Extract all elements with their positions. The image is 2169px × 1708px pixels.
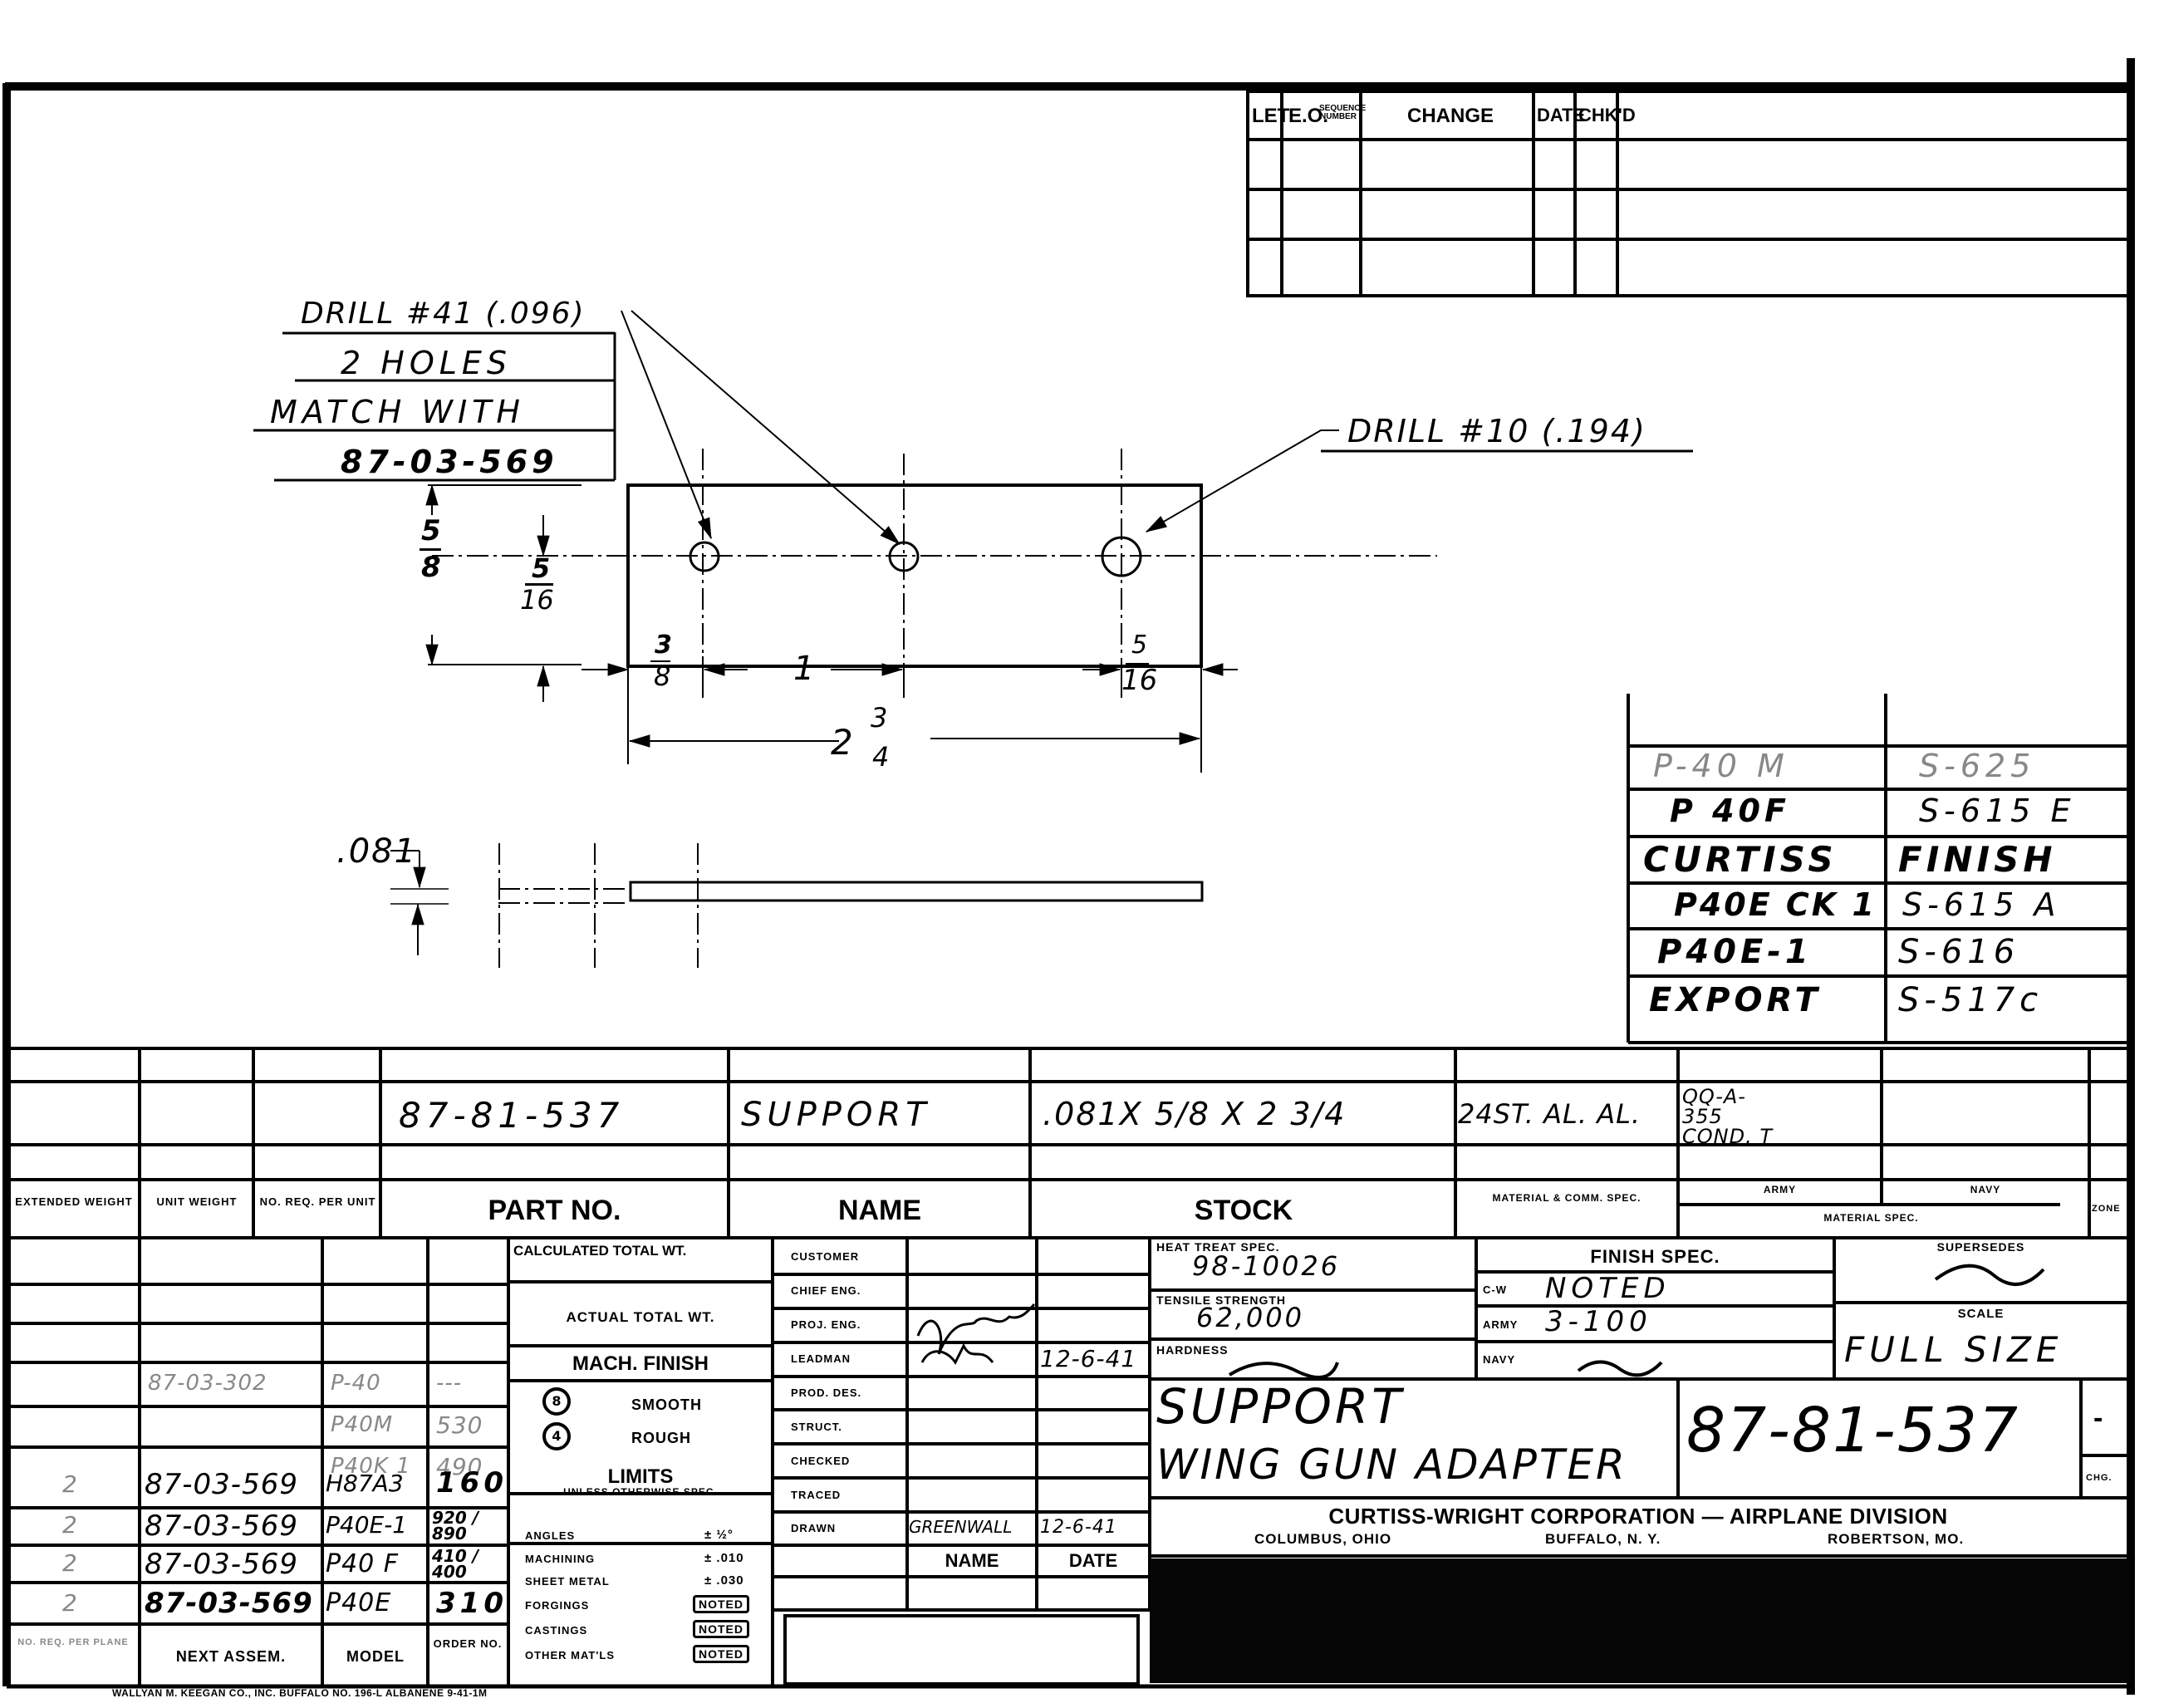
header-part-no: PART NO.: [382, 1196, 727, 1225]
height-dimensions: [428, 485, 582, 702]
plate-edge-view: [390, 843, 1202, 968]
location-robertson: ROBERTSON, MO.: [1828, 1532, 1964, 1546]
na-qty: 2: [62, 1473, 82, 1496]
na-header-order-no: ORDER NO.: [430, 1638, 505, 1649]
na-qty: 2: [62, 1552, 82, 1575]
approvals-date-header: DATE: [1038, 1552, 1148, 1570]
company-name: CURTISS-WRIGHT CORPORATION — AIRPLANE DI…: [1150, 1505, 2127, 1527]
na-assembly: 87-03-569: [145, 1550, 298, 1578]
hardness-label: HARDNESS: [1156, 1344, 1229, 1356]
na-order: 530: [436, 1414, 483, 1437]
limit-label: CASTINGS: [525, 1625, 587, 1636]
note-2-holes: 2 HOLES: [341, 347, 512, 379]
dim-left-den: 8: [654, 663, 675, 690]
header-stock: STOCK: [1033, 1196, 1455, 1225]
dim-height-num: 5: [421, 517, 445, 545]
finish-heading-curtiss: CURTISS: [1643, 842, 1838, 877]
dim-center-num: 5: [532, 555, 554, 582]
drawing-title: SUPPORT: [1156, 1382, 1405, 1431]
limit-value-noted: NOTED: [693, 1645, 749, 1663]
mach-finish-label: MACH. FINISH: [511, 1354, 770, 1374]
navy-label: NAVY: [1483, 1354, 1515, 1365]
limit-label: MACHINING: [525, 1553, 595, 1564]
tensile-strength-value: 62,000: [1196, 1304, 1304, 1331]
drawing-number: 87-81-537: [1686, 1400, 2019, 1461]
army-label: ARMY: [1483, 1319, 1518, 1330]
drawing-subtitle: WING GUN ADAPTER: [1156, 1444, 1627, 1485]
location-buffalo: BUFFALO, N. Y.: [1545, 1532, 1661, 1546]
limit-value: ± ½°: [704, 1529, 734, 1541]
header-navy: NAVY: [1886, 1185, 2085, 1195]
na-header-model: MODEL: [326, 1649, 425, 1664]
dim-hole-spacing: 1: [793, 652, 819, 685]
note-match-with: MATCH WITH: [270, 396, 525, 428]
header-name: NAME: [731, 1196, 1028, 1225]
part-number: 87-81-537: [399, 1098, 624, 1133]
plate-top-view: [432, 449, 1437, 764]
limit-label: ANGLES: [525, 1530, 575, 1541]
chg-label: CHG.: [2086, 1474, 2113, 1483]
approval-role: CHECKED: [791, 1455, 850, 1466]
supersedes-label: SUPERSEDES: [1838, 1241, 2124, 1253]
limit-value-noted: NOTED: [693, 1620, 749, 1638]
finish-model: P40E-1: [1657, 935, 1813, 969]
note-match-part: 87-03-569: [341, 446, 558, 478]
approval-role: PROD. DES.: [791, 1387, 861, 1398]
title-block-shaded-area: [1150, 1558, 2131, 1683]
limits-title: LIMITS: [511, 1467, 770, 1487]
scale-label: SCALE: [1838, 1308, 2124, 1320]
scale-value: FULL SIZE: [1844, 1333, 2063, 1367]
approvals-name-header: NAME: [909, 1552, 1035, 1570]
smooth-symbol-value: 8: [552, 1393, 561, 1409]
approval-role: CHIEF ENG.: [791, 1285, 861, 1296]
rev-header-change: CHANGE: [1367, 106, 1534, 126]
na-qty: 2: [62, 1592, 82, 1615]
dim-left-num: 3: [655, 633, 676, 658]
note-drill-41: DRILL #41 (.096): [301, 299, 586, 329]
header-no-req: NO. REQ. PER UNIT: [258, 1196, 378, 1207]
na-qty: 2: [62, 1514, 82, 1537]
header-material-spec: MATERIAL SPEC.: [1682, 1213, 2060, 1223]
actual-total-weight-label: ACTUAL TOTAL WT.: [511, 1310, 770, 1324]
part-stock: .081X 5/8 X 2 3/4: [1043, 1098, 1346, 1130]
smooth-label: SMOOTH: [631, 1397, 702, 1412]
approval-role: PROJ. ENG.: [791, 1319, 861, 1330]
header-material-comm-spec: MATERIAL & COMM. SPEC.: [1459, 1193, 1675, 1203]
finish-model: P 40F: [1670, 795, 1790, 827]
approval-role: TRACED: [791, 1490, 841, 1500]
dim-length-den: 4: [872, 744, 894, 770]
approval-role: LEADMAN: [791, 1353, 851, 1364]
rev-header-let: LET: [1252, 106, 1289, 126]
approval-date: 12-6-41: [1040, 1347, 1136, 1371]
leader-lines: [621, 311, 1339, 544]
na-assembly: 87-03-569: [145, 1589, 313, 1617]
army-value: 3-100: [1545, 1308, 1652, 1336]
location-columbus: COLUMBUS, OHIO: [1254, 1532, 1391, 1546]
finish-spec: S-615 E: [1919, 795, 2075, 827]
limit-value: ± .030: [704, 1574, 744, 1587]
header-extended-weight: EXTENDED WEIGHT: [12, 1196, 136, 1207]
heat-treat-value: 98-10026: [1192, 1253, 1340, 1279]
dim-right-num: 5: [1131, 633, 1152, 658]
na-assembly: 87-03-569: [145, 1512, 298, 1540]
dim-height-den: 8: [421, 553, 445, 582]
rough-label: ROUGH: [631, 1431, 691, 1445]
na-order: ---: [436, 1372, 462, 1394]
finish-spec: S-615 A: [1902, 889, 2060, 920]
na-assembly: 87-03-302: [148, 1372, 267, 1394]
na-order: 920 / 890: [432, 1510, 507, 1542]
rough-symbol-value: 4: [552, 1428, 561, 1444]
smooth-finish-symbol: 8: [542, 1387, 571, 1416]
approval-role: STRUCT.: [791, 1421, 842, 1432]
part-material: 24ST. AL. AL.: [1458, 1101, 1641, 1127]
approval-name-drawn: GREENWALL: [909, 1519, 1012, 1535]
finish-spec: S-625: [1919, 750, 2035, 782]
finish-heading-finish: FINISH: [1898, 842, 2057, 877]
rev-header-sequence: SEQUENCE NUMBER: [1319, 105, 1357, 121]
na-model: P-40: [331, 1372, 381, 1394]
dim-right-den: 16: [1121, 666, 1157, 694]
limit-label: SHEET METAL: [525, 1576, 610, 1587]
na-order: 310: [436, 1589, 508, 1617]
finish-spec: S-616: [1898, 935, 2019, 969]
calculated-total-weight-label: CALCULATED TOTAL WT.: [513, 1244, 686, 1258]
na-model: H87A3: [326, 1472, 404, 1495]
rough-finish-symbol: 4: [542, 1422, 571, 1450]
limits-subtitle: UNLESS OTHERWISE SPEC.: [511, 1487, 770, 1497]
na-model: P40M: [331, 1414, 393, 1436]
na-header-next-assem: NEXT ASSEM.: [143, 1649, 319, 1664]
rev-header-chkd: CHK'D: [1578, 106, 1636, 125]
finish-spec: S-517c: [1898, 984, 2043, 1017]
na-order: 160: [436, 1469, 508, 1497]
na-assembly: 87-03-569: [145, 1470, 298, 1499]
cw-label: C-W: [1483, 1284, 1507, 1295]
part-name: SUPPORT: [741, 1098, 931, 1131]
limit-label: FORGINGS: [525, 1600, 589, 1611]
note-drill-10: DRILL #10 (.194): [1347, 415, 1646, 447]
finish-model: P40E CK 1: [1674, 889, 1877, 920]
signature-scribble: [918, 1304, 1034, 1362]
header-army: ARMY: [1682, 1185, 1877, 1195]
na-model: P40E-1: [326, 1514, 407, 1537]
header-unit-weight: UNIT WEIGHT: [143, 1196, 251, 1207]
header-zone: ZONE: [2092, 1205, 2121, 1214]
paper-imprint: WALLYAN M. KEEGAN CO., INC. BUFFALO NO. …: [112, 1688, 488, 1698]
finish-model: P-40 M: [1653, 750, 1789, 782]
finish-model: EXPORT: [1649, 984, 1822, 1017]
dim-center-den: 16: [520, 587, 554, 613]
approval-role: DRAWN: [791, 1523, 836, 1534]
dim-thickness: .081: [336, 835, 417, 868]
approval-role: CUSTOMER: [791, 1251, 859, 1262]
approval-date-drawn: 12-6-41: [1040, 1519, 1117, 1537]
na-order: 410 / 400: [432, 1548, 507, 1580]
limit-value: ± .010: [704, 1552, 744, 1564]
cw-value: NOTED: [1545, 1274, 1671, 1303]
dim-length-whole: 2: [831, 725, 858, 760]
part-material-spec: QQ-A-355 COND. T: [1682, 1087, 1774, 1146]
na-model: P40 F: [326, 1552, 399, 1577]
finish-spec-label: FINISH SPEC.: [1479, 1248, 1832, 1266]
limit-value-noted: NOTED: [693, 1595, 749, 1613]
dash-number: -: [2093, 1404, 2103, 1432]
na-model: P40E: [326, 1591, 391, 1616]
dim-length-num: 3: [871, 704, 892, 731]
limit-label: OTHER MAT'LS: [525, 1650, 615, 1661]
na-header-no-req-plane: NO. REQ. PER PLANE: [10, 1638, 136, 1647]
